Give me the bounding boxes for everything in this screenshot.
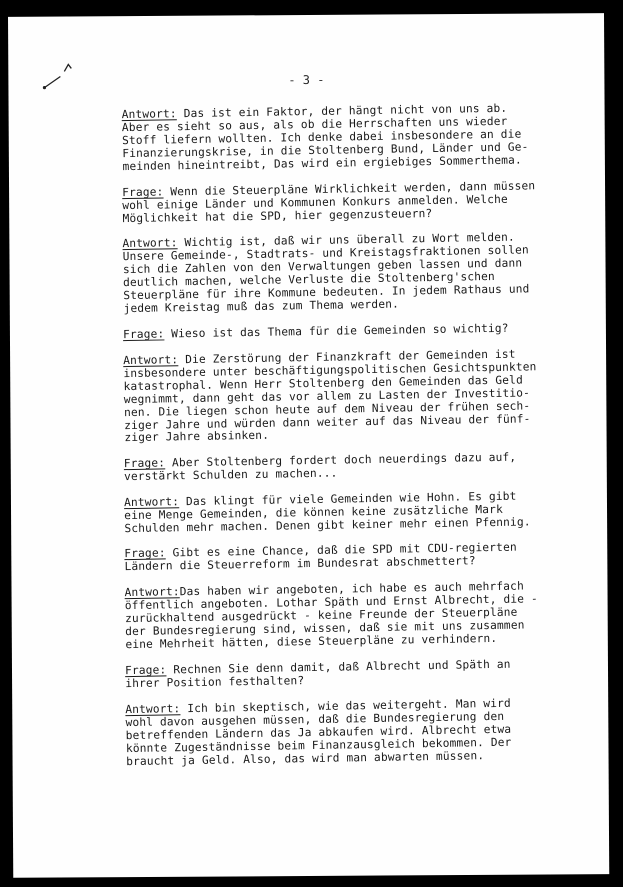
answer-paragraph: Antwort:Das haben wir angeboten, ich hab… — [124, 580, 575, 652]
line-text: verstärkt Schulden zu machen... — [124, 466, 338, 483]
speaker-label: Frage: — [123, 327, 165, 341]
scanned-page: - 3 - Antwort: Das ist ein Faktor, der h… — [8, 13, 609, 878]
question-paragraph: Frage: Wieso ist das Thema für die Gemei… — [123, 321, 573, 341]
question-paragraph: Frage: Aber Stoltenberg fordert doch neu… — [124, 451, 574, 484]
answer-paragraph: Antwort: Das klingt für viele Gemeinden … — [124, 489, 575, 535]
speaker-label: Antwort: — [124, 495, 179, 509]
answer-paragraph: Antwort: Die Zerstörung der Finanzkraft … — [123, 347, 574, 445]
question-paragraph: Frage: Gibt es eine Chance, daß die SPD … — [124, 541, 574, 574]
speaker-label: Antwort: — [122, 107, 177, 121]
line-text: jedem Kreistag muß das zum Thema werden. — [123, 297, 399, 315]
answer-paragraph: Antwort: Wichtig ist, daß wir uns überal… — [122, 231, 573, 316]
question-paragraph: Frage: Wenn die Steuerpläne Wirklichkeit… — [122, 179, 573, 225]
text-line: Frage: Wieso ist das Thema für die Gemei… — [123, 321, 573, 341]
speaker-label: Frage: — [124, 456, 166, 470]
speaker-label: Antwort: — [125, 702, 180, 716]
question-paragraph: Frage: Rechnen Sie denn damit, daß Albre… — [125, 657, 575, 690]
line-text: ziger Jahre absinken. — [124, 429, 269, 444]
line-text: ihrer Position festhalten? — [125, 674, 304, 690]
answer-paragraph: Antwort: Das ist ein Faktor, der hängt n… — [122, 102, 573, 174]
answer-paragraph: Antwort: Ich bin skeptisch, wie das weit… — [125, 696, 576, 768]
speaker-label: Frage: — [125, 663, 167, 677]
interview-body: Antwort: Das ist ein Faktor, der hängt n… — [122, 106, 576, 781]
line-text: Wieso ist das Thema für die Gemeinden so… — [164, 321, 508, 340]
speaker-label: Frage: — [122, 185, 164, 199]
speaker-label: Antwort: — [123, 353, 178, 367]
page-number: - 3 - — [8, 71, 604, 89]
